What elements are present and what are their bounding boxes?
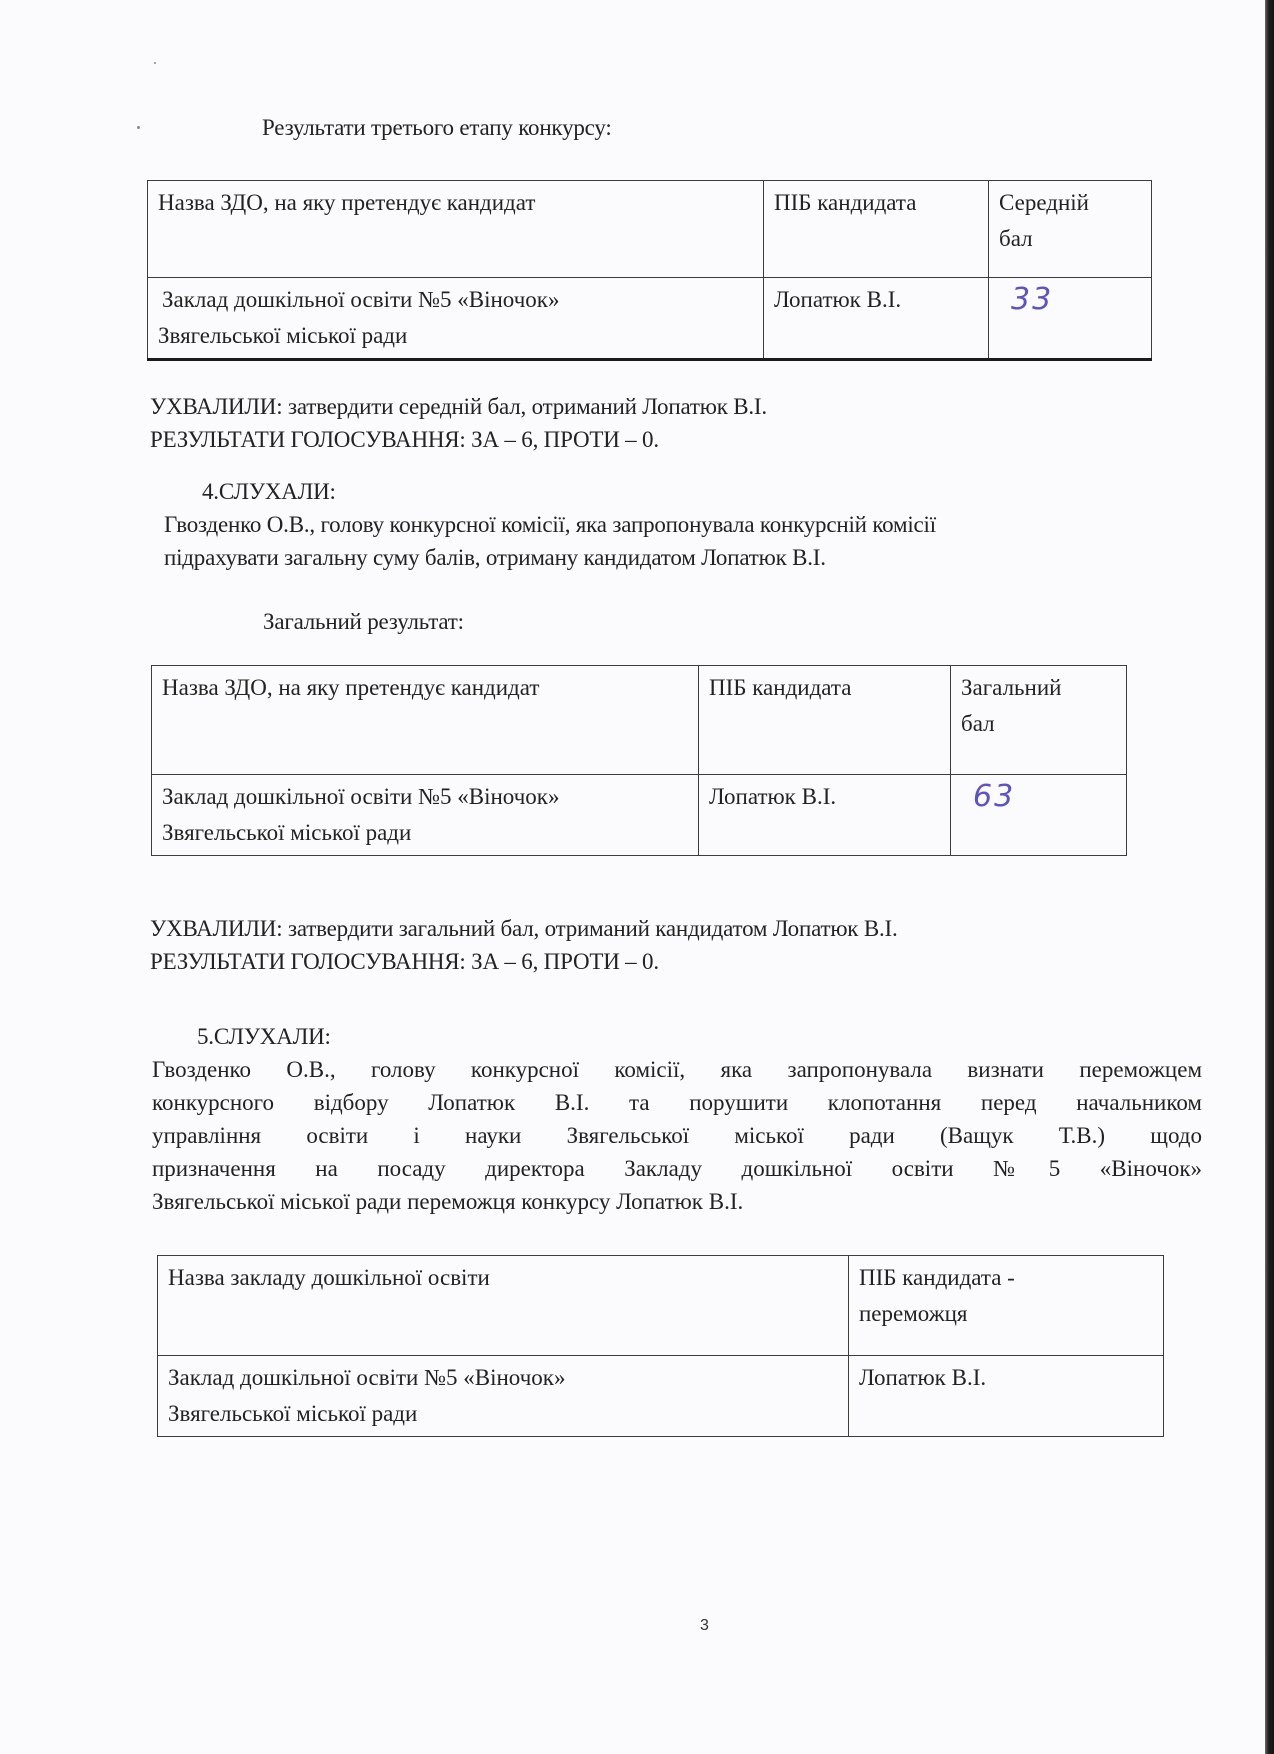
table-row: Заклад дошкільної освіти №5 «Віночок» Зв… xyxy=(158,1356,1164,1437)
table-header-row: Назва ЗДО, на яку претендує кандидат ПІБ… xyxy=(152,666,1127,775)
header-cell-institution: Назва ЗДО, на яку претендує кандидат xyxy=(148,181,764,278)
section5-text-line2: конкурсного відбору Лопатюк В.І. та пору… xyxy=(152,1086,1202,1119)
section4-subheading: Загальний результат: xyxy=(263,605,464,638)
header-cell-candidate: ПІБ кандидата xyxy=(764,181,989,278)
header-cell-candidate: ПІБ кандидата xyxy=(699,666,951,775)
section5-paragraph: Гвозденко О.В., голову конкурсної комісі… xyxy=(152,1053,1202,1218)
institution-name-line2: Звягельської міської ради xyxy=(168,1396,840,1432)
section3-resolution: УХВАЛИЛИ: затвердити середній бал, отрим… xyxy=(150,390,767,423)
header-cell-institution: Назва ЗДО, на яку претендує кандидат xyxy=(152,666,699,775)
header-cell-institution: Назва закладу дошкільної освіти xyxy=(158,1256,849,1356)
header-cell-total-score: Загальний бал xyxy=(951,666,1127,775)
section5-heading: 5.СЛУХАЛИ: xyxy=(197,1020,331,1053)
handwritten-score: 33 xyxy=(999,282,1053,317)
table-header-row: Назва закладу дошкільної освіти ПІБ канд… xyxy=(158,1256,1164,1356)
section5-text-line5: Звягельської міської ради переможця конк… xyxy=(152,1185,1202,1218)
institution-name-line1: Заклад дошкільної освіти №5 «Віночок» xyxy=(162,779,690,815)
scanner-edge-shadow xyxy=(1265,0,1274,1754)
institution-name-line2: Звягельської міської ради xyxy=(158,318,755,354)
header-winner-line2: переможця xyxy=(859,1296,1155,1332)
document-page: Результати третього етапу конкурсу: Назв… xyxy=(0,0,1265,1754)
cell-winner-candidate: Лопатюк В.І. xyxy=(849,1356,1164,1437)
institution-name-line1: Заклад дошкільної освіти №5 «Віночок» xyxy=(168,1360,840,1396)
scan-speck xyxy=(154,62,156,64)
cell-institution: Заклад дошкільної освіти №5 «Віночок» Зв… xyxy=(152,775,699,856)
cell-average-score: 33 xyxy=(989,278,1152,360)
section5-text-line1: Гвозденко О.В., голову конкурсної комісі… xyxy=(152,1053,1202,1086)
table-row: Заклад дошкільної освіти №5 «Віночок» Зв… xyxy=(148,278,1152,360)
header-cell-average-score: Середній бал xyxy=(989,181,1152,278)
winner-table: Назва закладу дошкільної освіти ПІБ канд… xyxy=(157,1255,1164,1437)
cell-candidate: Лопатюк В.І. xyxy=(699,775,951,856)
section4-heading: 4.СЛУХАЛИ: xyxy=(202,475,336,508)
header-cell-winner: ПІБ кандидата - переможця xyxy=(849,1256,1164,1356)
table-header-row: Назва ЗДО, на яку претендує кандидат ПІБ… xyxy=(148,181,1152,278)
section4-text-line2: підрахувати загальну суму балів, отриман… xyxy=(164,541,826,574)
table-row: Заклад дошкільної освіти №5 «Віночок» Зв… xyxy=(152,775,1127,856)
page-number: 3 xyxy=(700,1617,709,1635)
cell-total-score: 63 xyxy=(951,775,1127,856)
cell-institution: Заклад дошкільної освіти №5 «Віночок» Зв… xyxy=(158,1356,849,1437)
handwritten-score: 63 xyxy=(961,779,1015,814)
stage3-results-table: Назва ЗДО, на яку претендує кандидат ПІБ… xyxy=(147,180,1152,361)
section4-vote-result: РЕЗУЛЬТАТИ ГОЛОСУВАННЯ: ЗА – 6, ПРОТИ – … xyxy=(150,945,659,978)
section3-heading: Результати третього етапу конкурсу: xyxy=(262,111,612,144)
section3-vote-result: РЕЗУЛЬТАТИ ГОЛОСУВАННЯ: ЗА – 6, ПРОТИ – … xyxy=(150,423,659,456)
institution-name-line1: Заклад дошкільної освіти №5 «Віночок» xyxy=(158,282,755,318)
section5-text-line3: управління освіти і науки Звягельської м… xyxy=(152,1119,1202,1152)
section5-text-line4: призначення на посаду директора Закладу … xyxy=(152,1152,1202,1185)
scan-speck xyxy=(137,126,140,129)
institution-name-line2: Звягельської міської ради xyxy=(162,815,690,851)
cell-institution: Заклад дошкільної освіти №5 «Віночок» Зв… xyxy=(148,278,764,360)
total-results-table: Назва ЗДО, на яку претендує кандидат ПІБ… xyxy=(151,665,1127,856)
header-winner-line1: ПІБ кандидата - xyxy=(859,1260,1155,1296)
section4-resolution: УХВАЛИЛИ: затвердити загальний бал, отри… xyxy=(150,912,898,945)
cell-candidate: Лопатюк В.І. xyxy=(764,278,989,360)
section4-text-line1: Гвозденко О.В., голову конкурсної комісі… xyxy=(164,508,936,541)
